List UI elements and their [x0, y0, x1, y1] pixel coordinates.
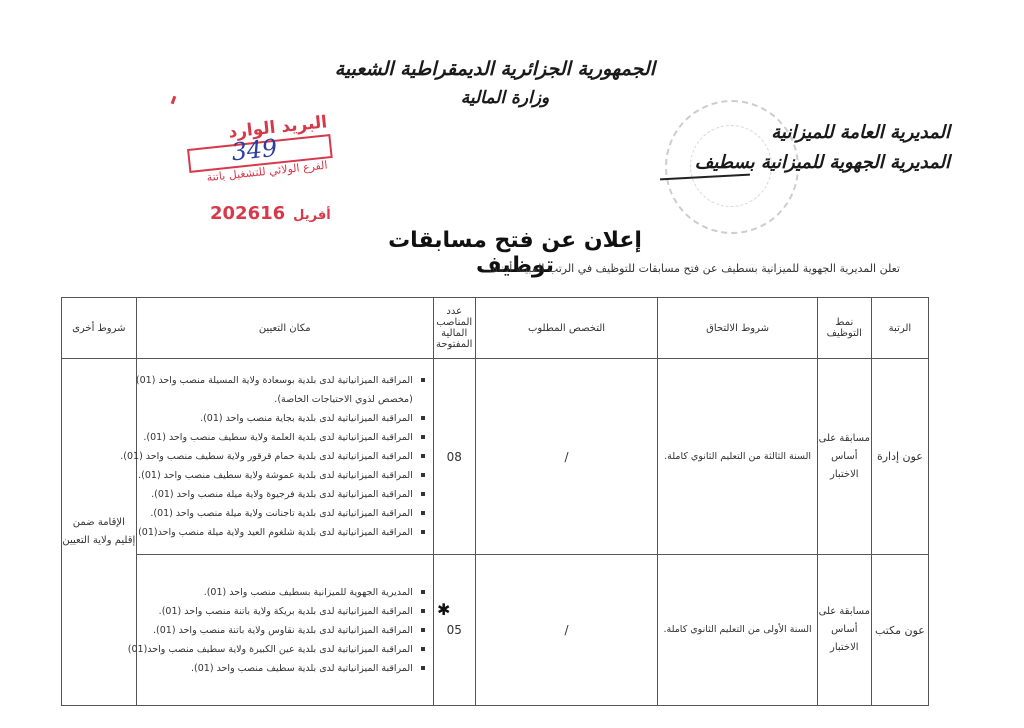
republic-heading: الجمهورية الجزائرية الديمقراطية الشعبية: [355, 58, 655, 80]
ministry-heading: وزارة المالية: [440, 88, 570, 108]
list-item: المراقبة الميزانياتية لدى بلدية بجاية من…: [143, 409, 425, 428]
list-item: المراقبة الميزانياتية لدى بلدية شلغوم ال…: [143, 523, 425, 542]
conditions-cell: السنة الثالثة من التعليم الثانوي كاملة.: [658, 359, 817, 555]
list-item-note: (مخصص لذوي الاحتياجات الخاصة).: [143, 390, 425, 409]
list-item: المراقبة الميزانياتية لدى بلدية بريكة ول…: [143, 602, 425, 621]
place-list: المراقبة الميزانياتية لدى بلدية بوسعادة …: [137, 371, 433, 542]
count-cell: 05: [433, 555, 475, 706]
count-cell: 08: [433, 359, 475, 555]
table-row: عون إدارة مسابقة على أساس الاختبار السنة…: [62, 359, 929, 555]
header-rank: الرتبة: [871, 298, 928, 359]
conditions-cell: السنة الأولى من التعليم الثانوي كاملة.: [658, 555, 817, 706]
stamp-mark: [171, 96, 177, 105]
regional-directorate-heading: المديرية الجهوية للميزانية بسطيف: [680, 152, 950, 173]
list-item: المراقبة الميزانياتية لدى بلدية فرجيوة و…: [143, 485, 425, 504]
rank-cell: عون إدارة: [871, 359, 928, 555]
recruitment-table: الرتبة نمط التوظيف شروط الالتحاق التخصص …: [61, 297, 929, 706]
header-mode: نمط التوظيف: [817, 298, 871, 359]
specialty-cell: /: [475, 555, 658, 706]
stamp-date: 2026أفريل16: [210, 203, 339, 224]
header-place: مكان التعيين: [136, 298, 433, 359]
handwritten-star-icon: ✱: [437, 600, 450, 619]
mode-cell: مسابقة على أساس الاختبار: [817, 359, 871, 555]
place-cell: المديرية الجهوية للميزانية بسطيف منصب وا…: [136, 555, 433, 706]
list-item: المراقبة الميزانياتية لدى بلدية تاجنانت …: [143, 504, 425, 523]
stamp-date-month: أفريل: [293, 208, 331, 223]
list-item: المراقبة الميزانياتية لدى بلدية حمام قرق…: [143, 447, 425, 466]
list-item: المديرية الجهوية للميزانية بسطيف منصب وا…: [143, 583, 425, 602]
table-row: عون مكتب مسابقة على أساس الاختبار السنة …: [62, 555, 929, 706]
announcement-intro: تعلن المديرية الجهوية للميزانية بسطيف عن…: [480, 262, 900, 275]
list-item: المراقبة الميزانياتية لدى بلدية سطيف منص…: [143, 659, 425, 678]
list-item: المراقبة الميزانياتية لدى بلدية نقاوس ول…: [143, 621, 425, 640]
header-count: عدد المناصب المالية المفتوحة: [433, 298, 475, 359]
mode-cell: مسابقة على أساس الاختبار: [817, 555, 871, 706]
other-conditions-cell: الإقامة ضمن إقليم ولاية التعيين: [62, 359, 137, 706]
list-item: المراقبة الميزانياتية لدى بلدية عين الكب…: [143, 640, 425, 659]
incoming-mail-stamp: البريد الوارد 349 الفرع الولائي للتشغيل …: [177, 112, 333, 197]
general-directorate-heading: المديرية العامة للميزانية: [740, 122, 950, 143]
table-header-row: الرتبة نمط التوظيف شروط الالتحاق التخصص …: [62, 298, 929, 359]
place-cell: المراقبة الميزانياتية لدى بلدية بوسعادة …: [136, 359, 433, 555]
list-item: المراقبة الميزانياتية لدى بلدية بوسعادة …: [143, 371, 425, 390]
specialty-cell: /: [475, 359, 658, 555]
header-conditions: شروط الالتحاق: [658, 298, 817, 359]
place-list: المديرية الجهوية للميزانية بسطيف منصب وا…: [137, 583, 433, 678]
header-other: شروط أخرى: [62, 298, 137, 359]
stamp-date-day: 16: [260, 203, 285, 224]
stamp-date-year: 2026: [210, 203, 260, 224]
stamp-number: 349: [230, 134, 278, 167]
list-item: المراقبة الميزانياتية لدى بلدية العلمة و…: [143, 428, 425, 447]
header-specialty: التخصص المطلوب: [475, 298, 658, 359]
rank-cell: عون مكتب: [871, 555, 928, 706]
list-item: المراقبة الميزانياتية لدى بلدية عموشة ول…: [143, 466, 425, 485]
